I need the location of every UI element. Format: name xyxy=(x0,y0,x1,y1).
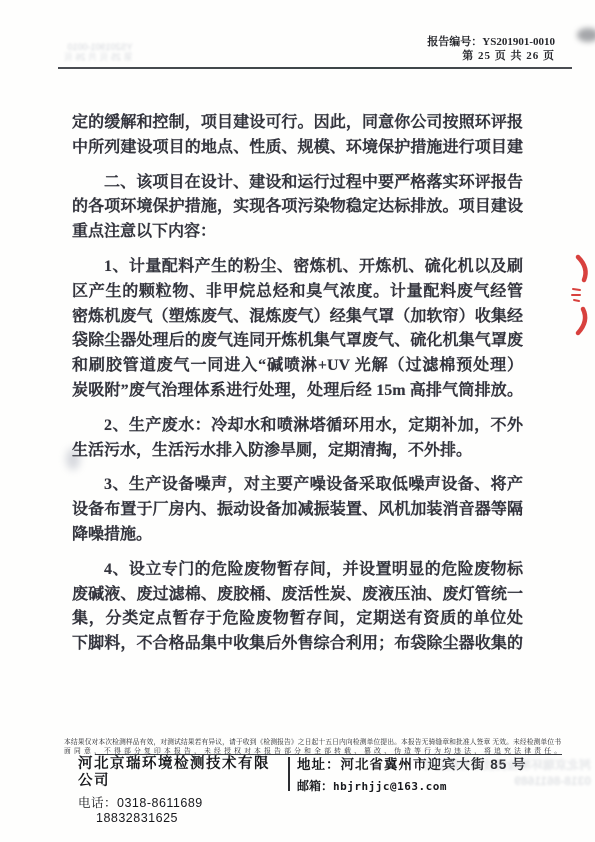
report-number-value: YS201901-0010 xyxy=(482,36,555,48)
body-line: 2、生产废水：冷却水和喷淋塔循环用水，定期补加，不外排； xyxy=(72,414,523,439)
email-value: hbjrhjjc@163.com xyxy=(333,780,447,793)
email-label: 邮箱： xyxy=(297,779,333,793)
paragraph: 2、生产废水：冷却水和喷淋塔循环用水，定期补加，不外排；生活污水，生活污水排入防… xyxy=(72,414,523,464)
body-line: 降噪措施。 xyxy=(72,523,523,548)
company-name: 河北京瑞环境检测技术有限公司 xyxy=(78,756,283,790)
seam-seal-stamp xyxy=(565,245,595,355)
phone-row: 电话：0318-861168918832831625 xyxy=(78,793,283,825)
body-line: 的各项环境保护措施，实现各项污染物稳定达标排放。项目建设要 xyxy=(72,195,523,220)
report-number-label: 报告编号： xyxy=(427,36,482,48)
bleedthrough-ghost-top: YS201901-0010 第 25 页 共 26 页 xyxy=(64,42,133,62)
body-line: 生活污水，生活污水排入防渗旱厕，定期清掏，不外排。 xyxy=(72,439,523,464)
paragraph: 1、计量配料产生的粉尘、密炼机、开炼机、硫化机以及刷胶区产生的颗粒物、非甲烷总烃… xyxy=(72,255,523,404)
body-line: 4、设立专门的危险废物暂存间，并设置明显的危险废物标识； xyxy=(72,558,523,583)
report-number: 报告编号：YS201901-0010 xyxy=(427,36,555,49)
body-line: 废碱液、废过滤棉、废胶桶、废活性炭、废液压油、废灯管统一收 xyxy=(72,583,523,608)
body-line: 袋除尘器处理后的废气连同开炼机集气罩废气、硫化机集气罩废气 xyxy=(72,329,523,354)
scan-smudge xyxy=(577,28,595,42)
paragraph: 4、设立专门的危险废物暂存间，并设置明显的危险废物标识；废碱液、废过滤棉、废胶桶… xyxy=(72,558,523,657)
address-label: 地址： xyxy=(297,757,341,772)
header-rule xyxy=(58,67,572,69)
paragraph: 3、生产设备噪声，对主要产噪设备采取低噪声设备、将产噪设备布置于厂房内、振动设备… xyxy=(72,473,523,547)
body-line: 3、生产设备噪声，对主要产噪设备采取低噪声设备、将产噪 xyxy=(72,473,523,498)
body-line: 二、该项目在设计、建设和运行过程中要严格落实环评报告中 xyxy=(72,171,523,196)
document-page: 报告编号：YS201901-0010 第 25 页 共 26 页 YS20190… xyxy=(0,0,595,842)
page-header: 报告编号：YS201901-0010 第 25 页 共 26 页 xyxy=(427,36,555,63)
phone-number-2: 18832831625 xyxy=(96,811,178,825)
body-line: 集，分类定点暂存于危险废物暂存间，定期送有资质的单位处理； xyxy=(72,607,523,632)
paragraph: 定的缓解和控制，项目建设可行。因此，同意你公司按照环评报告中所列建设项目的地点、… xyxy=(72,111,523,161)
footer-right-column: 地址：河北省冀州市迎宾大街 85 号 邮箱：hbjrhjjc@163.com xyxy=(297,756,557,794)
body-line: 密炼机废气（塑炼废气、混炼废气）经集气罩（加软帘）收集经布 xyxy=(72,305,523,330)
seal-arc-icon xyxy=(565,245,595,355)
footer-rule xyxy=(95,754,562,755)
footer-divider xyxy=(288,757,290,791)
disclaimer-line1: 本结果仅对本次检测样品有效，对测试结果若有异议，请于收到《检测报告》之日起十五日… xyxy=(64,739,490,746)
phone-label: 电话： xyxy=(78,796,117,810)
body-line: 区产生的颗粒物、非甲烷总烃和臭气浓度。计量配料废气经管道、 xyxy=(72,280,523,305)
body-line: 设备布置于厂房内、振动设备加减振装置、风机加装消音器等隔声 xyxy=(72,498,523,523)
body-line: 定的缓解和控制，项目建设可行。因此，同意你公司按照环评报告 xyxy=(72,111,523,136)
body-line: 1、计量配料产生的粉尘、密炼机、开炼机、硫化机以及刷胶 xyxy=(72,255,523,280)
body-line: 和刷胶管道废气一同进入“碱喷淋+UV 光解（过滤棉预处理）+活性 xyxy=(72,354,523,379)
body-text: 定的缓解和控制，项目建设可行。因此，同意你公司按照环评报告中所列建设项目的地点、… xyxy=(72,111,523,667)
phone-number-1: 0318-8611689 xyxy=(117,796,203,810)
body-line: 炭吸附”废气治理体系进行处理，处理后经 15m 高排气筒排放。 xyxy=(72,379,523,404)
address-row: 地址：河北省冀州市迎宾大街 85 号 xyxy=(297,756,557,773)
footer-left-column: 河北京瑞环境检测技术有限公司 电话：0318-86116891883283162… xyxy=(78,756,283,825)
body-line: 中所列建设项目的地点、性质、规模、环境保护措施进行项目建设。 xyxy=(72,136,523,161)
email-row: 邮箱：hbjrhjjc@163.com xyxy=(297,777,557,794)
ghost-text: YS201901-0010 xyxy=(64,42,133,52)
page-number: 第 25 页 共 26 页 xyxy=(427,50,555,63)
body-line: 重点注意以下内容： xyxy=(72,220,523,245)
body-line: 下脚料，不合格品集中收集后外售综合利用；布袋除尘器收集的除 xyxy=(72,632,523,657)
paragraph: 二、该项目在设计、建设和运行过程中要严格落实环评报告中的各项环境保护措施，实现各… xyxy=(72,171,523,245)
address-value: 河北省冀州市迎宾大街 85 号 xyxy=(341,757,527,772)
ghost-text: 第 25 页 共 26 页 xyxy=(64,52,133,62)
